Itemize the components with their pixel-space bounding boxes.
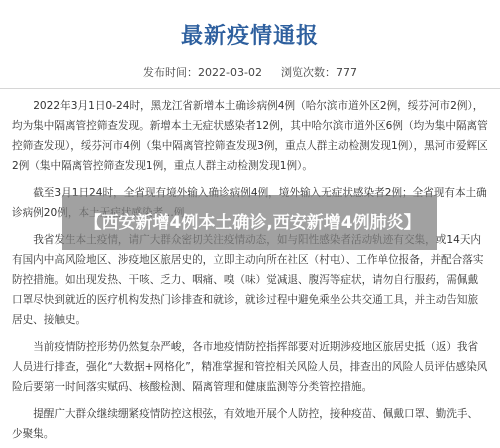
headline-overlay: 【西安新增4例本土确诊,西安新增4例肺炎】 (62, 195, 437, 250)
publish-date: 2022-03-02 (198, 66, 262, 79)
paragraph-reminder: 提醒广大群众继续绷紧疫情防控这根弦，有效地开展个人防控，接种疫苗、佩戴口罩、勤洗… (12, 404, 488, 444)
article-header: 最新疫情通报 发布时间：2022-03-02 浏览次数：777 (0, 0, 500, 81)
publish-label: 发布时间： (143, 66, 198, 79)
paragraph-new-cases: 2022年3月1日0-24时，黑龙江省新增本土确诊病例4例（哈尔滨市道外区2例，… (12, 96, 488, 176)
article-body: 2022年3月1日0-24时，黑龙江省新增本土确诊病例4例（哈尔滨市道外区2例，… (0, 96, 500, 444)
header-divider (0, 88, 500, 89)
paragraph-control-measures: 当前疫情防控形势仍然复杂严峻，各市地疫情防控指挥部要对近期涉疫地区旅居史抵（返）… (12, 337, 488, 397)
page-title: 最新疫情通报 (0, 22, 500, 52)
overlay-headline: 【西安新增4例本土确诊,西安新增4例肺炎】 (85, 211, 415, 235)
views-count: 777 (336, 66, 357, 79)
views-label: 浏览次数： (281, 66, 336, 79)
article-meta: 发布时间：2022-03-02 浏览次数：777 (0, 65, 500, 81)
